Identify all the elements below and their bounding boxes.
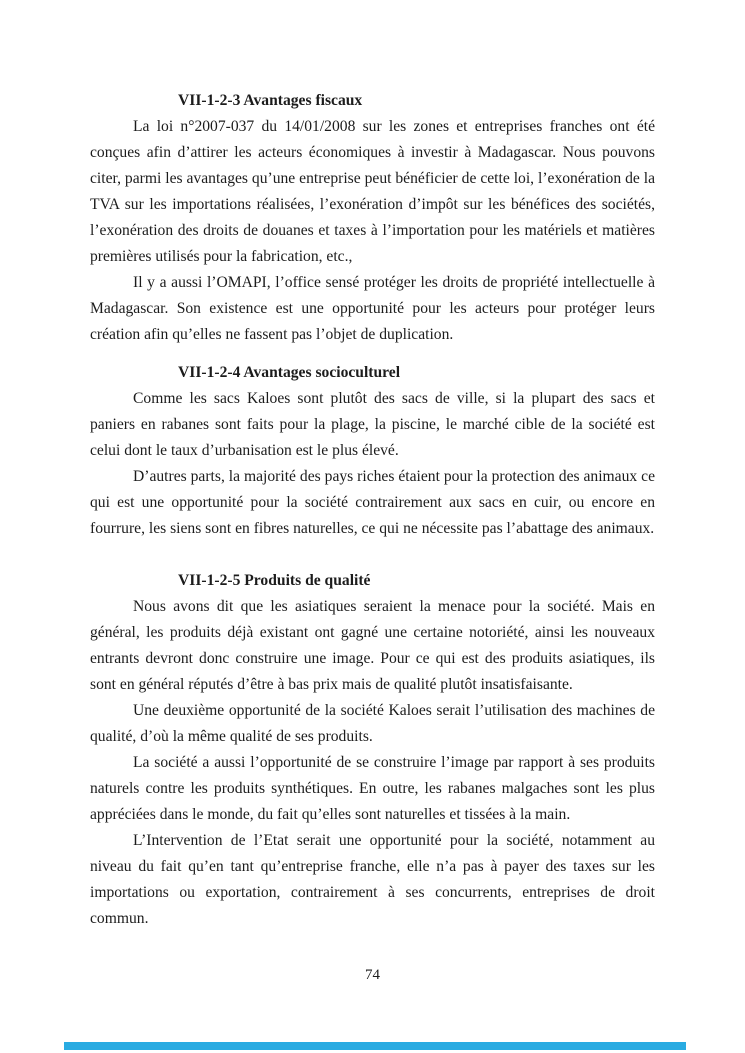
section-produits-de-qualite: VII-1-2-5 Produits de qualité Nous avons… bbox=[90, 568, 655, 932]
page-number: 74 bbox=[0, 966, 745, 984]
section-heading: VII-1-2-4 Avantages socioculturel bbox=[178, 360, 655, 386]
paragraph: L’Intervention de l’Etat serait une oppo… bbox=[90, 828, 655, 932]
paragraph: D’autres parts, la majorité des pays ric… bbox=[90, 464, 655, 542]
section-avantages-socioculturel: VII-1-2-4 Avantages socioculturel Comme … bbox=[90, 360, 655, 542]
paragraph: Comme les sacs Kaloes sont plutôt des sa… bbox=[90, 386, 655, 464]
section-avantages-fiscaux: VII-1-2-3 Avantages fiscaux La loi n°200… bbox=[90, 88, 655, 348]
paragraph: La loi n°2007-037 du 14/01/2008 sur les … bbox=[90, 114, 655, 270]
bottom-accent-bar bbox=[64, 1042, 686, 1050]
paragraph: Il y a aussi l’OMAPI, l’office sensé pro… bbox=[90, 270, 655, 348]
document-page: VII-1-2-3 Avantages fiscaux La loi n°200… bbox=[0, 0, 745, 932]
paragraph: La société a aussi l’opportunité de se c… bbox=[90, 750, 655, 828]
section-heading: VII-1-2-3 Avantages fiscaux bbox=[178, 88, 655, 114]
paragraph: Une deuxième opportunité de la société K… bbox=[90, 698, 655, 750]
paragraph: Nous avons dit que les asiatiques seraie… bbox=[90, 594, 655, 698]
section-heading: VII-1-2-5 Produits de qualité bbox=[178, 568, 655, 594]
